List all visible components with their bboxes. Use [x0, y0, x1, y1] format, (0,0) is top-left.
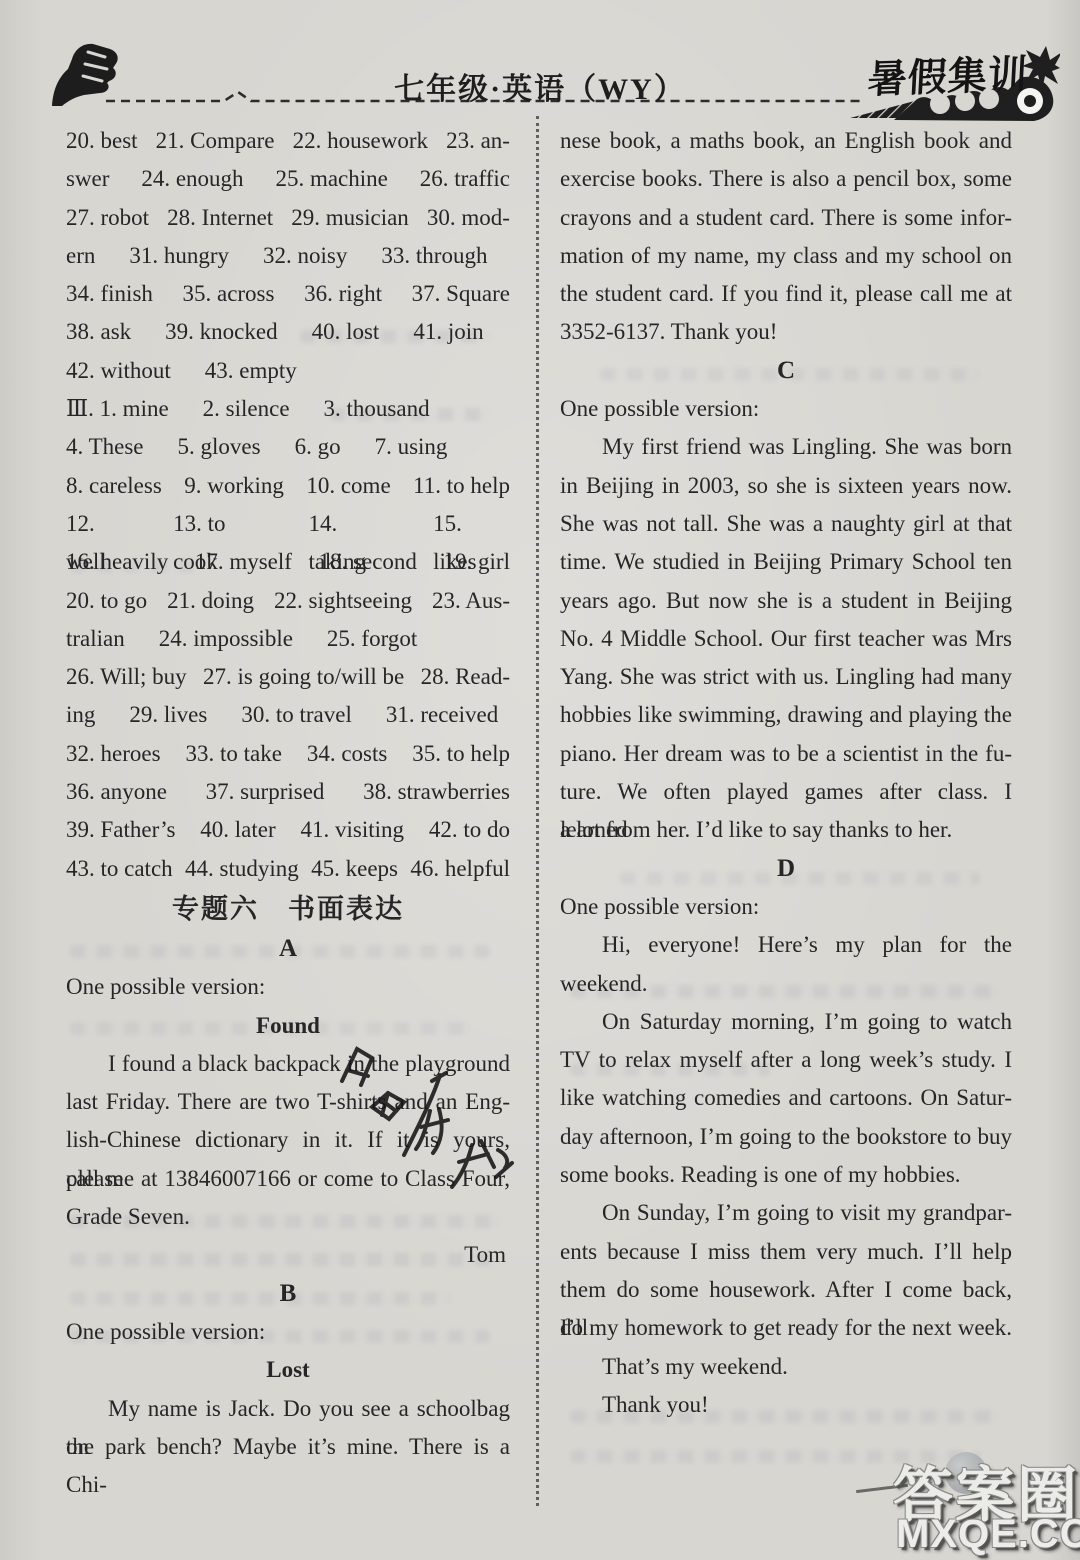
answer-item: 17. myself [195, 543, 292, 581]
text-line: No. 4 Middle School. Our first teacher w… [560, 620, 1012, 658]
answer-item: 23. an- [446, 122, 510, 160]
text-line: years ago. But now she is a student in B… [560, 582, 1012, 620]
text-line: TV to relax myself after a long week’s s… [560, 1041, 1012, 1079]
answer-item: 23. Aus- [432, 582, 510, 620]
answer-item: 3. thousand [324, 390, 430, 428]
answer-item: swer [66, 160, 109, 198]
answer-line: 43. to catch44. studying45. keeps46. hel… [66, 850, 510, 888]
signature-line: Tom [66, 1236, 510, 1274]
answer-item: 31. received [386, 696, 498, 734]
text-line: day afternoon, I’m going to the bookstor… [560, 1118, 1012, 1156]
text-line: ture. We often played games after class.… [560, 773, 1012, 811]
answer-item: tralian [66, 620, 125, 658]
answer-item: 27. is going to/will be [203, 658, 404, 696]
answer-item: ing [66, 696, 95, 734]
answer-item: 34. finish [66, 275, 153, 313]
column-divider [536, 116, 539, 1506]
text-line: like watching comedies and cartoons. On … [560, 1079, 1012, 1117]
text-line: crayons and a student card. There is som… [560, 199, 1012, 237]
text-line: exercise books. There is also a pencil b… [560, 160, 1012, 198]
answer-line: 42. without43. empty [66, 352, 510, 390]
answer-item: 2. silence [203, 390, 290, 428]
answer-item: 43. empty [205, 352, 297, 390]
text-line: One possible version: [66, 1313, 510, 1351]
answer-item: 8. careless [66, 467, 162, 505]
text-line: mation of my name, my class and my schoo… [560, 237, 1012, 275]
answer-item: 21. doing [167, 582, 254, 620]
answer-item: 40. later [200, 811, 275, 849]
answer-item: 30. mod- [427, 199, 510, 237]
answer-line: ern31. hungry32. noisy33. through [66, 237, 510, 275]
answer-item: 35. across [182, 275, 274, 313]
answer-item: 28. Internet [167, 199, 273, 237]
answer-item: ern [66, 237, 95, 275]
answer-item: 27. robot [66, 199, 149, 237]
answer-line: 34. finish35. across36. right37. Square [66, 275, 510, 313]
answer-item: 46. helpful [410, 850, 510, 888]
summer-training-logo: 暑假集训 [848, 38, 1060, 135]
text-line: in Beijing in 2003, so she is sixteen ye… [560, 467, 1012, 505]
answer-line: 16. heavily17. myself18. second19. girl [66, 543, 510, 581]
text-line: My name is Jack. Do you see a schoolbag … [66, 1390, 510, 1428]
answer-item: 38. strawberries [363, 773, 510, 811]
answer-item: 7. using [375, 428, 448, 466]
answer-item: 42. without [66, 352, 171, 390]
text-line: My first friend was Lingling. She was bo… [560, 428, 1012, 466]
section-letter: B [66, 1275, 510, 1313]
section-letter: D [560, 850, 1012, 888]
answer-item: 38. ask [66, 313, 131, 351]
answer-item: 14. taking [308, 505, 399, 543]
text-line: some books. Reading is one of my hobbies… [560, 1156, 1012, 1194]
answer-line: 4. These5. gloves6. go7. using [66, 428, 510, 466]
answer-item: 36. right [304, 275, 382, 313]
answer-item: 34. costs [307, 735, 388, 773]
answer-item: 20. to go [66, 582, 147, 620]
answer-line: Ⅲ. 1. mine2. silence3. thousand [66, 390, 510, 428]
answer-item: 20. best [66, 122, 138, 160]
answer-item: 5. gloves [178, 428, 261, 466]
answer-line: swer24. enough25. machine26. traffic [66, 160, 510, 198]
answer-item: 9. working [184, 467, 284, 505]
section-letter: C [560, 352, 1012, 390]
text-line: do my homework to get ready for the next… [560, 1309, 1012, 1347]
answer-item: 6. go [295, 428, 341, 466]
answer-item: 25. forgot [327, 620, 417, 658]
answer-item: 41. visiting [301, 811, 405, 849]
text-line: One possible version: [66, 968, 510, 1006]
answer-line: 32. heroes33. to take34. costs35. to hel… [66, 735, 510, 773]
text-line: piano. Her dream was to be a scientist i… [560, 735, 1012, 773]
text-line: Thank you! [560, 1386, 1012, 1424]
answer-item: 22. sightseeing [274, 582, 412, 620]
text-line: a lot from her. I’d like to say thanks t… [560, 811, 1012, 849]
answer-line: 27. robot28. Internet29. musician30. mod… [66, 199, 510, 237]
answer-item: 4. These [66, 428, 144, 466]
answer-item: 44. studying [185, 850, 299, 888]
answer-item: 33. to take [185, 735, 281, 773]
answer-item: 37. surprised [206, 773, 325, 811]
text-line: the park bench? Maybe it’s mine. There i… [66, 1428, 510, 1466]
text-line: That’s my weekend. [560, 1348, 1012, 1386]
text-line: On Saturday morning, I’m going to watch [560, 1003, 1012, 1041]
answer-item: 24. enough [141, 160, 243, 198]
answer-line: 36. anyone37. surprised38. strawberries [66, 773, 510, 811]
text-line: them do some housework. After I come bac… [560, 1271, 1012, 1309]
answer-item: 40. lost [312, 313, 380, 351]
answer-item: 18. second [319, 543, 417, 581]
answer-line: 26. Will; buy27. is going to/will be28. … [66, 658, 510, 696]
answer-item: 15. likes [433, 505, 510, 543]
answer-item: 24. impossible [159, 620, 293, 658]
text-line: 3352-6137. Thank you! [560, 313, 1012, 351]
section-heading: 专题六 书面表达 [66, 888, 510, 930]
essay-title: Lost [66, 1351, 510, 1389]
answer-item: 29. lives [129, 696, 207, 734]
text-line: Hi, everyone! Here’s my plan for the [560, 926, 1012, 964]
answer-item: 33. through [381, 237, 487, 275]
text-line: She was not tall. She was a naughty girl… [560, 505, 1012, 543]
answer-line: 38. ask39. knocked40. lost41. join [66, 313, 510, 351]
answer-item: 37. Square [412, 275, 510, 313]
answer-item: 26. Will; buy [66, 658, 187, 696]
left-column: 20. best21. Compare22. housework23. an-s… [66, 122, 510, 1466]
answer-item: 11. to help [413, 467, 510, 505]
text-line: One possible version: [560, 390, 1012, 428]
answer-item: 25. machine [275, 160, 387, 198]
answer-item: 32. heroes [66, 735, 161, 773]
answer-item: 22. housework [293, 122, 428, 160]
answer-item: 10. come [306, 467, 390, 505]
answer-line: 8. careless9. working10. come11. to help [66, 467, 510, 505]
text-line: hobbies like swimming, drawing and playi… [560, 696, 1012, 734]
text-line: Yang. She was strict with us. Lingling h… [560, 658, 1012, 696]
answer-line: 39. Father’s40. later41. visiting42. to … [66, 811, 510, 849]
answer-item: 16. heavily [66, 543, 168, 581]
scanned-workbook-page: 七年级·英语（WY） 暑假集训 [0, 0, 1080, 1560]
answer-item: 28. Read- [421, 658, 510, 696]
answer-line: ing29. lives30. to travel31. received [66, 696, 510, 734]
text-line: weekend. [560, 965, 1012, 1003]
answer-line: 20. to go21. doing22. sightseeing23. Aus… [66, 582, 510, 620]
text-line: the student card. If you find it, please… [560, 275, 1012, 313]
answer-item: 21. Compare [156, 122, 275, 160]
text-line: On Sunday, I’m going to visit my grandpa… [560, 1194, 1012, 1232]
answer-item: Ⅲ. 1. mine [66, 390, 169, 428]
logo-text: 暑假集训 [846, 43, 1049, 106]
watermark-site: MXQE.COM [896, 1512, 1080, 1557]
answer-item: 30. to travel [241, 696, 352, 734]
section-letter: A [66, 930, 510, 968]
answer-item: 19. girl [444, 543, 510, 581]
answer-item: 26. traffic [420, 160, 510, 198]
text-line: ents because I miss them very much. I’ll… [560, 1233, 1012, 1271]
answer-line: tralian24. impossible25. forgot [66, 620, 510, 658]
text-line: One possible version: [560, 888, 1012, 926]
text-line: time. We studied in Beijing Primary Scho… [560, 543, 1012, 581]
answer-item: 32. noisy [263, 237, 347, 275]
answer-item: 41. join [413, 313, 483, 351]
handwriting-annotation [320, 1035, 535, 1215]
answer-item: 43. to catch [66, 850, 173, 888]
answer-item: 31. hungry [129, 237, 229, 275]
answer-item: 39. Father’s [66, 811, 175, 849]
answer-item: 35. to help [412, 735, 510, 773]
answer-item: 42. to do [429, 811, 510, 849]
answer-item: 29. musician [291, 199, 409, 237]
answer-item: 39. knocked [165, 313, 277, 351]
answer-item: 36. anyone [66, 773, 167, 811]
answer-item: 12. well [66, 505, 139, 543]
answer-item: 45. keeps [311, 850, 398, 888]
text-line: nese book, a maths book, an English book… [560, 122, 1012, 160]
right-column: nese book, a maths book, an English book… [560, 122, 1012, 1424]
answer-item: 13. to cook [173, 505, 274, 543]
answer-line: 12. well13. to cook14. taking15. likes [66, 505, 510, 543]
answer-line: 20. best21. Compare22. housework23. an- [66, 122, 510, 160]
